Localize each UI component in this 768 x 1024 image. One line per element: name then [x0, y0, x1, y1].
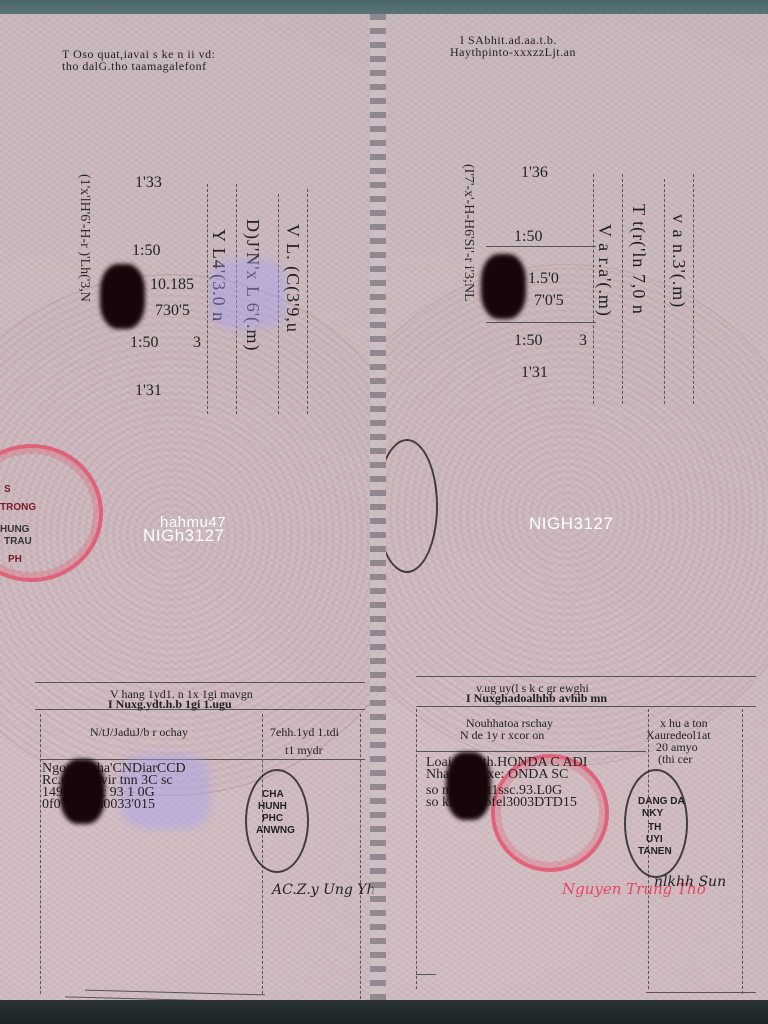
redaction-blot — [60, 759, 105, 824]
value-7: 1'31 — [135, 382, 162, 400]
stamp-text: UYI — [646, 834, 663, 845]
right-column-text-2: T t(r('ln 7,0 n — [628, 204, 649, 315]
section-rule — [35, 682, 365, 683]
stamp-text: TH — [648, 822, 661, 833]
table-rule — [486, 246, 596, 247]
column-divider — [742, 709, 743, 994]
value-7: 1'31 — [521, 364, 548, 382]
value-1: 1'33 — [135, 174, 162, 192]
stamp-text: TRONG — [0, 502, 36, 513]
stamp-text: HUNH — [258, 801, 287, 812]
value-3: 1.5'0 — [528, 270, 559, 288]
section-rule — [416, 706, 756, 707]
left-column-text-1: V L. (C(3'9,u — [282, 224, 303, 333]
date-column-header: 7ehh.1yd 1.tdi — [270, 726, 339, 739]
value-3: 10.185 — [150, 276, 194, 294]
column-divider — [693, 174, 694, 404]
value-2: 1:50 — [514, 228, 542, 246]
stamp-text: NKY — [642, 808, 663, 819]
date-column-sub: t1 mydr — [285, 744, 323, 757]
section-rule — [416, 751, 646, 752]
stamp-text: PH — [8, 554, 22, 565]
redaction-blot — [446, 752, 491, 820]
value-6: 3 — [193, 334, 201, 352]
column-divider — [622, 174, 623, 404]
right-header-line-2: Haythpinto-xxxzzLjt.an — [450, 46, 576, 58]
lavender-stain — [210, 259, 285, 329]
stamp-text: TRAU — [4, 536, 32, 547]
table-rule — [486, 322, 596, 323]
redaction-blot — [100, 264, 145, 329]
section-rule — [416, 676, 756, 677]
left-column-text-4: (1'x'lH'6'-H-r )'Lh('3,N — [76, 174, 92, 302]
value-4: 7'0'5 — [534, 292, 564, 310]
left-header-line-2: tho dalG.tho taamagalefonf — [62, 60, 207, 72]
stamp-text: HUNG — [0, 524, 29, 535]
security-watermark: NIGH3127 — [529, 514, 613, 534]
right-column-text-3: V a r.a'(.m) — [594, 224, 615, 317]
value-5: 1:50 — [514, 332, 542, 350]
booklet-spine — [370, 14, 386, 1006]
section-rule — [416, 974, 436, 975]
right-column-text-4: (I'7'-x'-H-H6'Si'-r i'3;NL — [460, 164, 476, 302]
owner-column-sub: N de 1y r xcor on — [460, 729, 544, 742]
value-6: 3 — [579, 332, 587, 350]
section-title-2: I Nuxg.ydt.h.b 1gi 1.ugu — [108, 698, 232, 711]
value-2: 1:50 — [132, 242, 160, 260]
owner-column-header: N/tJ/JaduJ/b r ochay — [90, 726, 188, 739]
official-signature: nlkhh Sun — [654, 874, 726, 890]
stamp-text: TANEN — [638, 846, 672, 857]
column-divider — [40, 714, 41, 994]
column-divider — [664, 179, 665, 404]
stamp-text: PHC — [262, 813, 283, 824]
right-page: I SAbhit.ad.aa.t.b. Haythpinto-xxxzzLjt.… — [386, 14, 768, 1006]
left-page: T Oso quat,iavai s ke n ii vd: tho dalG.… — [0, 14, 386, 1006]
stamp-text: ANWNG — [256, 825, 295, 836]
background-bottom — [0, 1000, 768, 1024]
column-divider — [360, 714, 361, 1004]
stamp-text: DANG DA — [638, 796, 685, 807]
official-signature: AC.Z.y Ung Yh — [272, 882, 376, 898]
redaction-blot — [481, 254, 526, 319]
section-title-2: I Nuxghadoalhhb avhib mn — [466, 692, 607, 705]
section-rule — [646, 992, 756, 993]
stamp-text: S — [4, 484, 11, 495]
date-column-sub-3: (thi cer — [658, 753, 692, 766]
right-column-text-1: v a n.3'(.m) — [668, 214, 689, 308]
value-4: 730'5 — [155, 302, 190, 320]
column-divider — [307, 189, 308, 414]
value-1: 1'36 — [521, 164, 548, 182]
stamp-text: CHA — [262, 789, 284, 800]
security-watermark: NIGh3127 — [143, 526, 225, 546]
column-divider — [416, 709, 417, 989]
section-rule — [85, 990, 265, 996]
value-5: 1:50 — [130, 334, 158, 352]
